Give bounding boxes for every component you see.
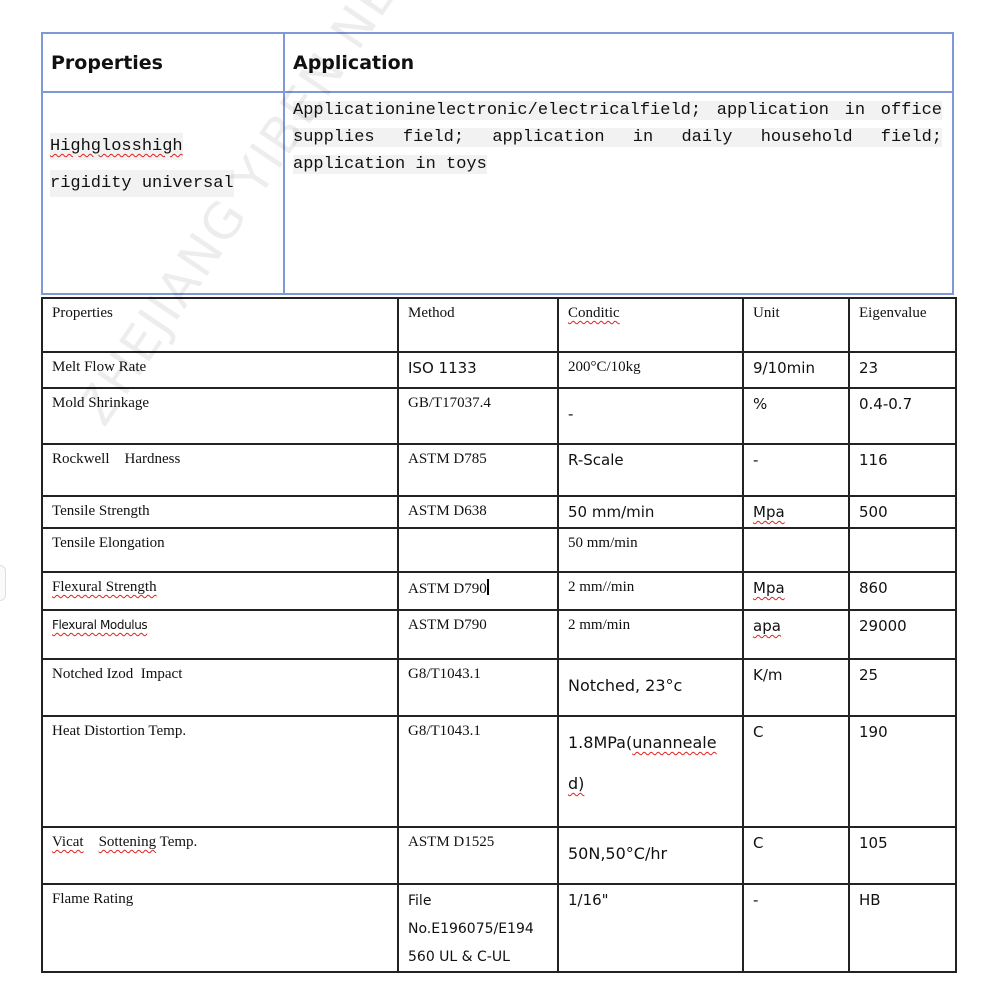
cell-unit-text: Mpa — [753, 503, 785, 521]
method-line: No.E196075/E194 — [408, 915, 557, 943]
cell-value: 116 — [849, 444, 956, 496]
cell-value: 0.4-0.7 — [849, 388, 956, 444]
table-row: Flame Rating File No.E196075/E194 560 UL… — [42, 884, 956, 972]
cell-property: Flame Rating — [42, 884, 398, 972]
spec-table: Properties Method Conditic Unit Eigenval… — [41, 297, 957, 973]
table-row: Rockwell Hardness ASTM D785 R-Scale - 11… — [42, 444, 956, 496]
cell-condition-text: - — [568, 405, 742, 423]
cell-unit-text: Mpa — [753, 579, 785, 597]
header-properties: Properties — [42, 298, 398, 352]
header-unit: Unit — [743, 298, 849, 352]
method-line: 560 UL & C-UL — [408, 943, 557, 971]
cell-condition: 200°C/10kg — [558, 352, 743, 388]
cell-method: G8/T1043.1 — [398, 716, 558, 827]
text-cursor — [487, 579, 489, 595]
cell-unit: Mpa — [743, 496, 849, 528]
cell-unit: % — [743, 388, 849, 444]
cell-unit: - — [743, 444, 849, 496]
cell-method: ASTM D1525 — [398, 827, 558, 884]
table-row: Flexural Modulus ASTM D790 2 mm/min apa … — [42, 610, 956, 659]
cell-property: Tensile Elongation — [42, 528, 398, 572]
condition-line-2: d) — [568, 774, 584, 793]
cell-condition: - — [558, 388, 743, 444]
cell-value: 29000 — [849, 610, 956, 659]
cell-condition-text: 1.8MPa(unanneale — [568, 733, 742, 752]
cell-method: ASTM D785 — [398, 444, 558, 496]
cell-method: G8/T1043.1 — [398, 659, 558, 716]
table-row: Tensile Strength ASTM D638 50 mm/min Mpa… — [42, 496, 956, 528]
cell-condition: Notched, 23°c — [558, 659, 743, 716]
cell-method — [398, 528, 558, 572]
cell-condition: 50N,50°C/hr — [558, 827, 743, 884]
side-handle — [0, 565, 6, 601]
cell-property: Mold Shrinkage — [42, 388, 398, 444]
application-text: Applicationinelectronic/electricalfield;… — [293, 101, 942, 174]
table-row: Notched Izod Impact G8/T1043.1 Notched, … — [42, 659, 956, 716]
table-row: Mold Shrinkage GB/T17037.4 - % 0.4-0.7 — [42, 388, 956, 444]
cell-unit: Mpa — [743, 572, 849, 610]
spec-header-row: Properties Method Conditic Unit Eigenval… — [42, 298, 956, 352]
cell-property: Rockwell Hardness — [42, 444, 398, 496]
cell-method: ASTM D638 — [398, 496, 558, 528]
cell-property: Vicat Sottening Temp. — [42, 827, 398, 884]
table-row: Flexural Strength ASTM D790 2 mm//min Mp… — [42, 572, 956, 610]
cell-unit — [743, 528, 849, 572]
cell-condition-text: Notched, 23°c — [568, 676, 742, 695]
cell-value — [849, 528, 956, 572]
cell-method: File No.E196075/E194 560 UL & C-UL — [398, 884, 558, 972]
summary-table: Properties Application Highglosshigh rig… — [41, 32, 954, 295]
cell-condition: 2 mm//min — [558, 572, 743, 610]
cell-unit: 9/10min — [743, 352, 849, 388]
cell-condition: 1/16" — [558, 884, 743, 972]
cell-unit: C — [743, 716, 849, 827]
cell-property: Flexural Strength — [42, 572, 398, 610]
cell-value: 500 — [849, 496, 956, 528]
cell-method: ASTM D790 — [398, 572, 558, 610]
cell-property: Notched Izod Impact — [42, 659, 398, 716]
header-method: Method — [398, 298, 558, 352]
cell-condition: R-Scale — [558, 444, 743, 496]
cell-value: 25 — [849, 659, 956, 716]
table-row: Melt Flow Rate ISO 1133 200°C/10kg 9/10m… — [42, 352, 956, 388]
method-line: File — [408, 887, 557, 915]
cell-unit: apa — [743, 610, 849, 659]
cell-unit-text: apa — [753, 617, 781, 635]
property-line-2: rigidity universal — [50, 170, 234, 197]
property-part: Sottening — [99, 834, 157, 850]
header-condition: Conditic — [558, 298, 743, 352]
cell-unit: C — [743, 827, 849, 884]
cell-property-text: Flexural Modulus — [52, 618, 147, 632]
summary-header-properties: Properties — [42, 33, 284, 92]
cell-value: 105 — [849, 827, 956, 884]
property-part: Temp. — [160, 834, 198, 850]
cell-condition: 2 mm/min — [558, 610, 743, 659]
header-eigenvalue: Eigenvalue — [849, 298, 956, 352]
property-line-1: Highglosshigh — [50, 133, 183, 160]
cell-property: Melt Flow Rate — [42, 352, 398, 388]
cell-condition: 50 mm/min — [558, 496, 743, 528]
cell-condition-text: 50N,50°C/hr — [568, 844, 742, 863]
cell-unit: - — [743, 884, 849, 972]
summary-properties-cell: Highglosshigh rigidity universal — [42, 92, 284, 294]
cell-condition: 1.8MPa(unanneale d) — [558, 716, 743, 827]
property-part: Vicat — [52, 834, 84, 850]
cell-property: Tensile Strength — [42, 496, 398, 528]
condition-part: unanneale — [632, 733, 716, 752]
table-row: Heat Distortion Temp. G8/T1043.1 1.8MPa(… — [42, 716, 956, 827]
summary-header-application: Application — [284, 33, 953, 92]
cell-property-text: Flexural Strength — [52, 579, 157, 595]
cell-method-text: ASTM D790 — [408, 581, 487, 597]
table-row: Vicat Sottening Temp. ASTM D1525 50N,50°… — [42, 827, 956, 884]
header-condition-text: Conditic — [568, 305, 620, 321]
cell-method: ISO 1133 — [398, 352, 558, 388]
cell-unit: K/m — [743, 659, 849, 716]
cell-value: HB — [849, 884, 956, 972]
cell-method: GB/T17037.4 — [398, 388, 558, 444]
cell-property: Heat Distortion Temp. — [42, 716, 398, 827]
table-row: Tensile Elongation 50 mm/min — [42, 528, 956, 572]
cell-value: 23 — [849, 352, 956, 388]
cell-condition: 50 mm/min — [558, 528, 743, 572]
summary-application-cell: Applicationinelectronic/electricalfield;… — [284, 92, 953, 294]
cell-property: Flexural Modulus — [42, 610, 398, 659]
cell-value: 190 — [849, 716, 956, 827]
cell-value: 860 — [849, 572, 956, 610]
cell-method: ASTM D790 — [398, 610, 558, 659]
